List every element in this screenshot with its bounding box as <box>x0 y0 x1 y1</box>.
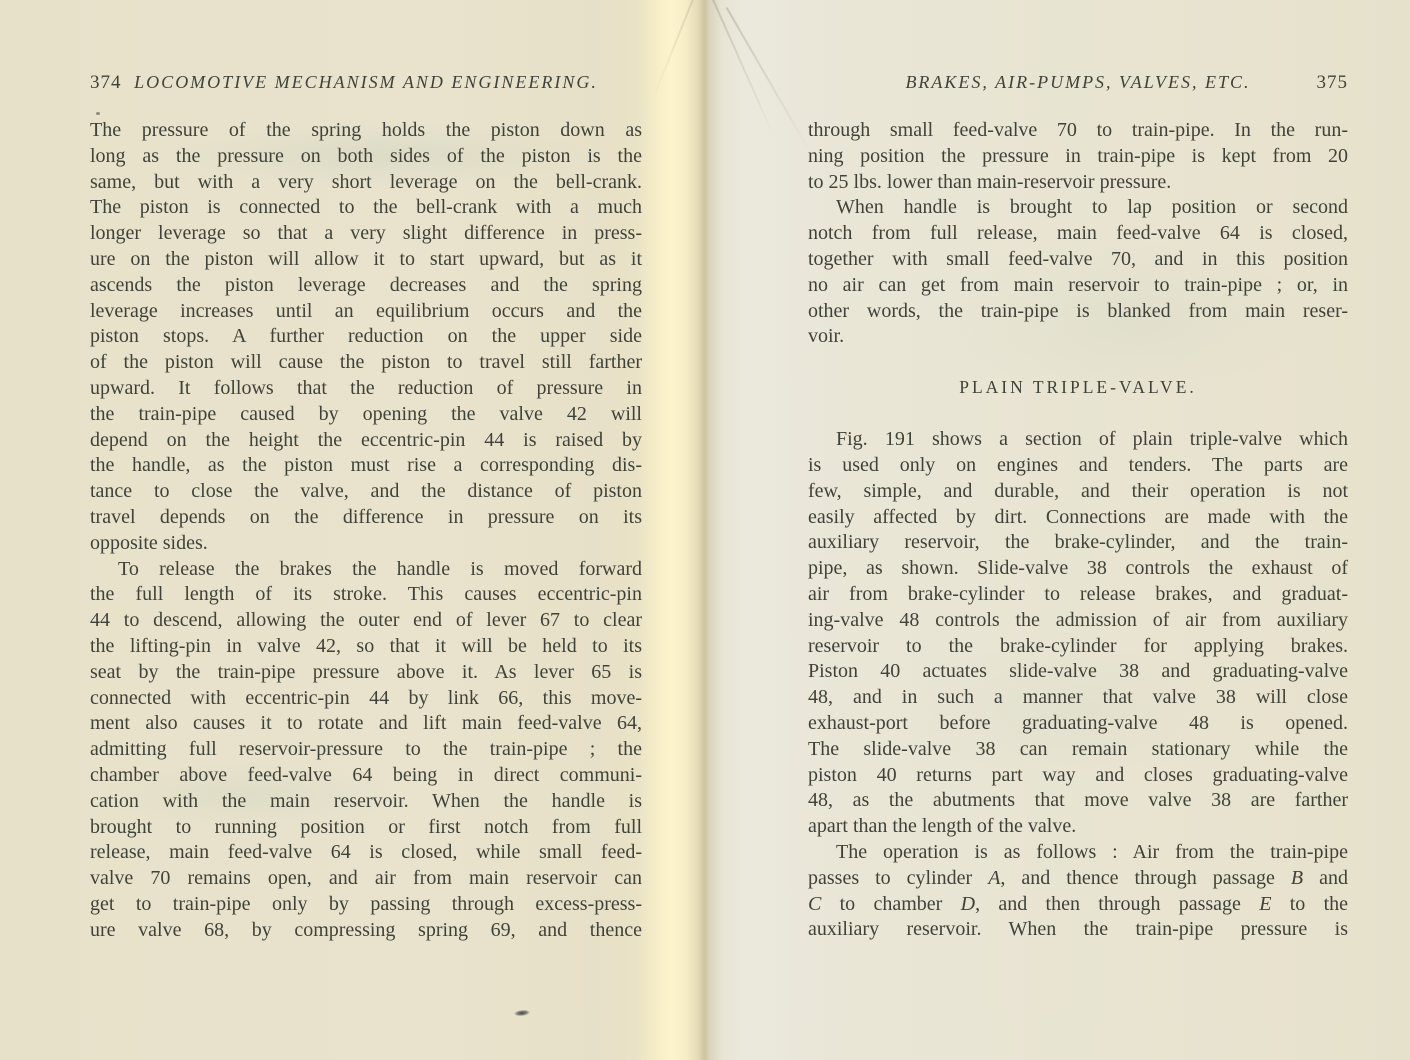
text-line: 48, and in such a manner that valve 38 w… <box>808 685 1348 711</box>
section-heading: PLAIN TRIPLE-VALVE. <box>808 376 1348 398</box>
text-line: C to chamber D, and then through passage… <box>808 892 1348 918</box>
text-line: air from brake-cylinder to release brake… <box>808 582 1348 608</box>
text-line: ing-valve 48 controls the admission of a… <box>808 608 1348 634</box>
text-line: reservoir to the brake-cylinder for appl… <box>808 634 1348 660</box>
text-line: release, main feed-valve 64 is closed, w… <box>90 840 642 866</box>
ink-speck <box>96 112 100 115</box>
text-line: The slide-valve 38 can remain stationary… <box>808 737 1348 763</box>
text-line: When handle is brought to lap position o… <box>808 195 1348 221</box>
text-line: to 25 lbs. lower than main-reservoir pre… <box>808 170 1348 196</box>
text-line: pipe, as shown. Slide-valve 38 controls … <box>808 556 1348 582</box>
text-line: long as the pressure on both sides of th… <box>90 144 642 170</box>
left-running-head: 374 LOCOMOTIVE MECHANISM AND ENGINEERING… <box>90 72 642 98</box>
text-line: auxiliary reservoir, the brake-cylinder,… <box>808 530 1348 556</box>
text-line: ment also causes it to rotate and lift m… <box>90 711 642 737</box>
paragraph: The pressure of the spring holds the pis… <box>90 118 642 557</box>
text-line: cation with the main reservoir. When the… <box>90 789 642 815</box>
text-line: is used only on engines and tenders. The… <box>808 453 1348 479</box>
text-line: admitting full reservoir-pressure to the… <box>90 737 642 763</box>
book-spread: 374 LOCOMOTIVE MECHANISM AND ENGINEERING… <box>0 0 1410 1060</box>
text-line: of the piston will cause the piston to t… <box>90 350 642 376</box>
text-line: chamber above feed-valve 64 being in dir… <box>90 763 642 789</box>
text-line: valve 70 remains open, and air from main… <box>90 866 642 892</box>
text-line: same, but with a very short leverage on … <box>90 170 642 196</box>
text-line: apart than the length of the valve. <box>808 814 1348 840</box>
text-line: the handle, as the piston must rise a co… <box>90 453 642 479</box>
left-running-title: LOCOMOTIVE MECHANISM AND ENGINEERING. <box>90 72 642 93</box>
text-line: opposite sides. <box>90 531 642 557</box>
text-line: To release the brakes the handle is move… <box>90 557 642 583</box>
text-line: upward. It follows that the reduction of… <box>90 376 642 402</box>
text-line: together with small feed-valve 70, and i… <box>808 247 1348 273</box>
text-line: notch from full release, main feed-valve… <box>808 221 1348 247</box>
text-line: depend on the height the eccentric-pin 4… <box>90 428 642 454</box>
text-line: auxiliary reservoir. When the train-pipe… <box>808 917 1348 943</box>
paragraph: Fig. 191 shows a section of plain triple… <box>808 427 1348 840</box>
text-line: leverage increases until an equilibrium … <box>90 299 642 325</box>
text-line: the full length of its stroke. This caus… <box>90 582 642 608</box>
paragraph: To release the brakes the handle is move… <box>90 557 642 944</box>
text-line: The piston is connected to the bell-cran… <box>90 195 642 221</box>
paragraph: through small feed-valve 70 to train-pip… <box>808 118 1348 195</box>
text-line: through small feed-valve 70 to train-pip… <box>808 118 1348 144</box>
text-line: passes to cylinder A, and thence through… <box>808 866 1348 892</box>
text-line: the train-pipe caused by opening the val… <box>90 402 642 428</box>
right-running-title: BRAKES, AIR-PUMPS, VALVES, ETC. <box>808 72 1348 93</box>
text-line: travel depends on the difference in pres… <box>90 505 642 531</box>
text-line: 48, as the abutments that move valve 38 … <box>808 788 1348 814</box>
paragraph: The operation is as follows : Air from t… <box>808 840 1348 943</box>
left-page-body: The pressure of the spring holds the pis… <box>90 118 642 944</box>
text-line: brought to running position or first not… <box>90 815 642 841</box>
text-line: 44 to descend, allowing the outer end of… <box>90 608 642 634</box>
text-line: The operation is as follows : Air from t… <box>808 840 1348 866</box>
text-line: voir. <box>808 324 1348 350</box>
text-line: get to train-pipe only by passing throug… <box>90 892 642 918</box>
text-line: ure valve 68, by compressing spring 69, … <box>90 918 642 944</box>
text-line: ure on the piston will allow it to start… <box>90 247 642 273</box>
right-page-number: 375 <box>1317 72 1349 94</box>
text-line: few, simple, and durable, and their oper… <box>808 479 1348 505</box>
text-line: ning position the pressure in train-pipe… <box>808 144 1348 170</box>
text-line: longer leverage so that a very slight di… <box>90 221 642 247</box>
paragraph: When handle is brought to lap position o… <box>808 195 1348 350</box>
text-line: tance to close the valve, and the distan… <box>90 479 642 505</box>
text-line: the lifting-pin in valve 42, so that it … <box>90 634 642 660</box>
right-running-head: BRAKES, AIR-PUMPS, VALVES, ETC. 375 <box>808 72 1348 98</box>
text-line: easily affected by dirt. Connections are… <box>808 505 1348 531</box>
text-line: The pressure of the spring holds the pis… <box>90 118 642 144</box>
text-line: piston stops. A further reduction on the… <box>90 324 642 350</box>
right-page-body: through small feed-valve 70 to train-pip… <box>808 118 1348 943</box>
text-line: seat by the train-pipe pressure above it… <box>90 660 642 686</box>
text-line: connected with eccentric-pin 44 by link … <box>90 686 642 712</box>
text-line: exhaust-port before graduating-valve 48 … <box>808 711 1348 737</box>
text-line: piston 40 returns part way and closes gr… <box>808 763 1348 789</box>
text-line: other words, the train-pipe is blanked f… <box>808 299 1348 325</box>
text-line: no air can get from main reservoir to tr… <box>808 273 1348 299</box>
text-line: ascends the piston leverage decreases an… <box>90 273 642 299</box>
text-line: Fig. 191 shows a section of plain triple… <box>808 427 1348 453</box>
text-line: Piston 40 actuates slide-valve 38 and gr… <box>808 659 1348 685</box>
